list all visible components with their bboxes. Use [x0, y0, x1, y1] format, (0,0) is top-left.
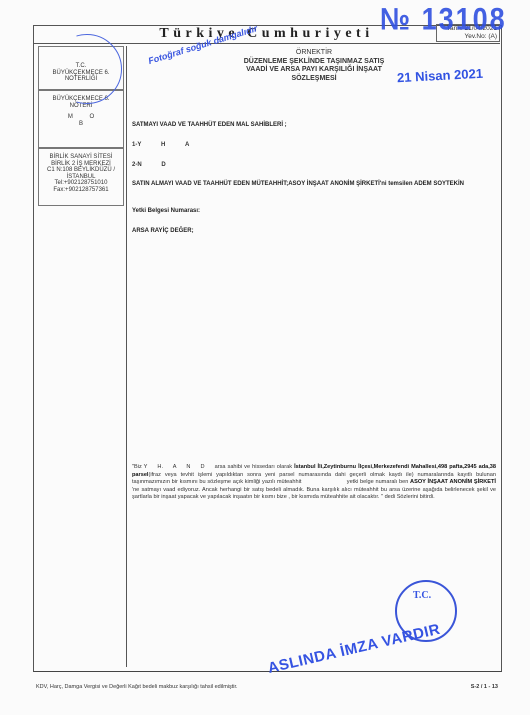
tc-seal-label: T.C. [413, 590, 431, 601]
footer-note: KDV, Harç, Damga Vergisi ve Değerli Kağı… [36, 684, 238, 690]
left-column: T.C. BÜYÜKÇEKMECE 6. NOTERLİĞİ BÜYÜKÇEKM… [36, 46, 127, 667]
seller-1-a: H [161, 142, 165, 148]
seller-1-b: A [185, 142, 189, 148]
address-line-1: BİRLİK SANAYİ SİTESİ [39, 154, 123, 161]
statement-part-1: "Biz Y H. A N D arsa sahibi ve hissedarı… [132, 464, 294, 470]
statement-part-3: 'ne satmayı vaad ediyoruz. Ancak herhang… [132, 487, 496, 501]
document-number-stamp: № 13108 [380, 2, 507, 38]
title-line-2: DÜZENLEME ŞEKLİNDE TAŞINMAZ SATIŞ [132, 58, 496, 67]
seller-1-num: 1-Y [132, 142, 141, 148]
seller-2-num: 2-N [132, 162, 142, 168]
seller-row-1: 1-Y H A [132, 142, 207, 148]
address-fax: Fax:+902128757361 [39, 187, 123, 194]
land-value-label: ARSA RAYİÇ DEĞER; [132, 228, 194, 234]
sellers-heading: SATMAYI VAAD VE TAAHHÜT EDEN MAL SAHİBLE… [132, 122, 287, 128]
seller-2-a: D [161, 162, 165, 168]
page-number: S-2 / 1 - 13 [471, 684, 498, 690]
statement-company: ASOY İNŞAAT ANONİM ŞİRKETİ [410, 479, 496, 485]
statement-paragraph: "Biz Y H. A N D arsa sahibi ve hissedarı… [132, 464, 496, 502]
notary-name-2: B [39, 121, 123, 128]
notary-address-box: BİRLİK SANAYİ SİTESİ BİRLİK 2 İŞ MERKEZİ… [38, 148, 124, 206]
seller-row-2: 2-N D [132, 162, 184, 168]
license-label: Yetki Belgesi Numarası: [132, 208, 200, 214]
buyer-heading: SATIN ALMAYI VAAD VE TAAHHÜT EDEN MÜTEAH… [132, 180, 492, 188]
notary-document-page: Türkiye Cumhuriyeti Tarih: 21/04/2021 Ye… [0, 0, 530, 715]
address-line-3: C1 N:108 BEYLİKDÜZÜ / [39, 167, 123, 174]
